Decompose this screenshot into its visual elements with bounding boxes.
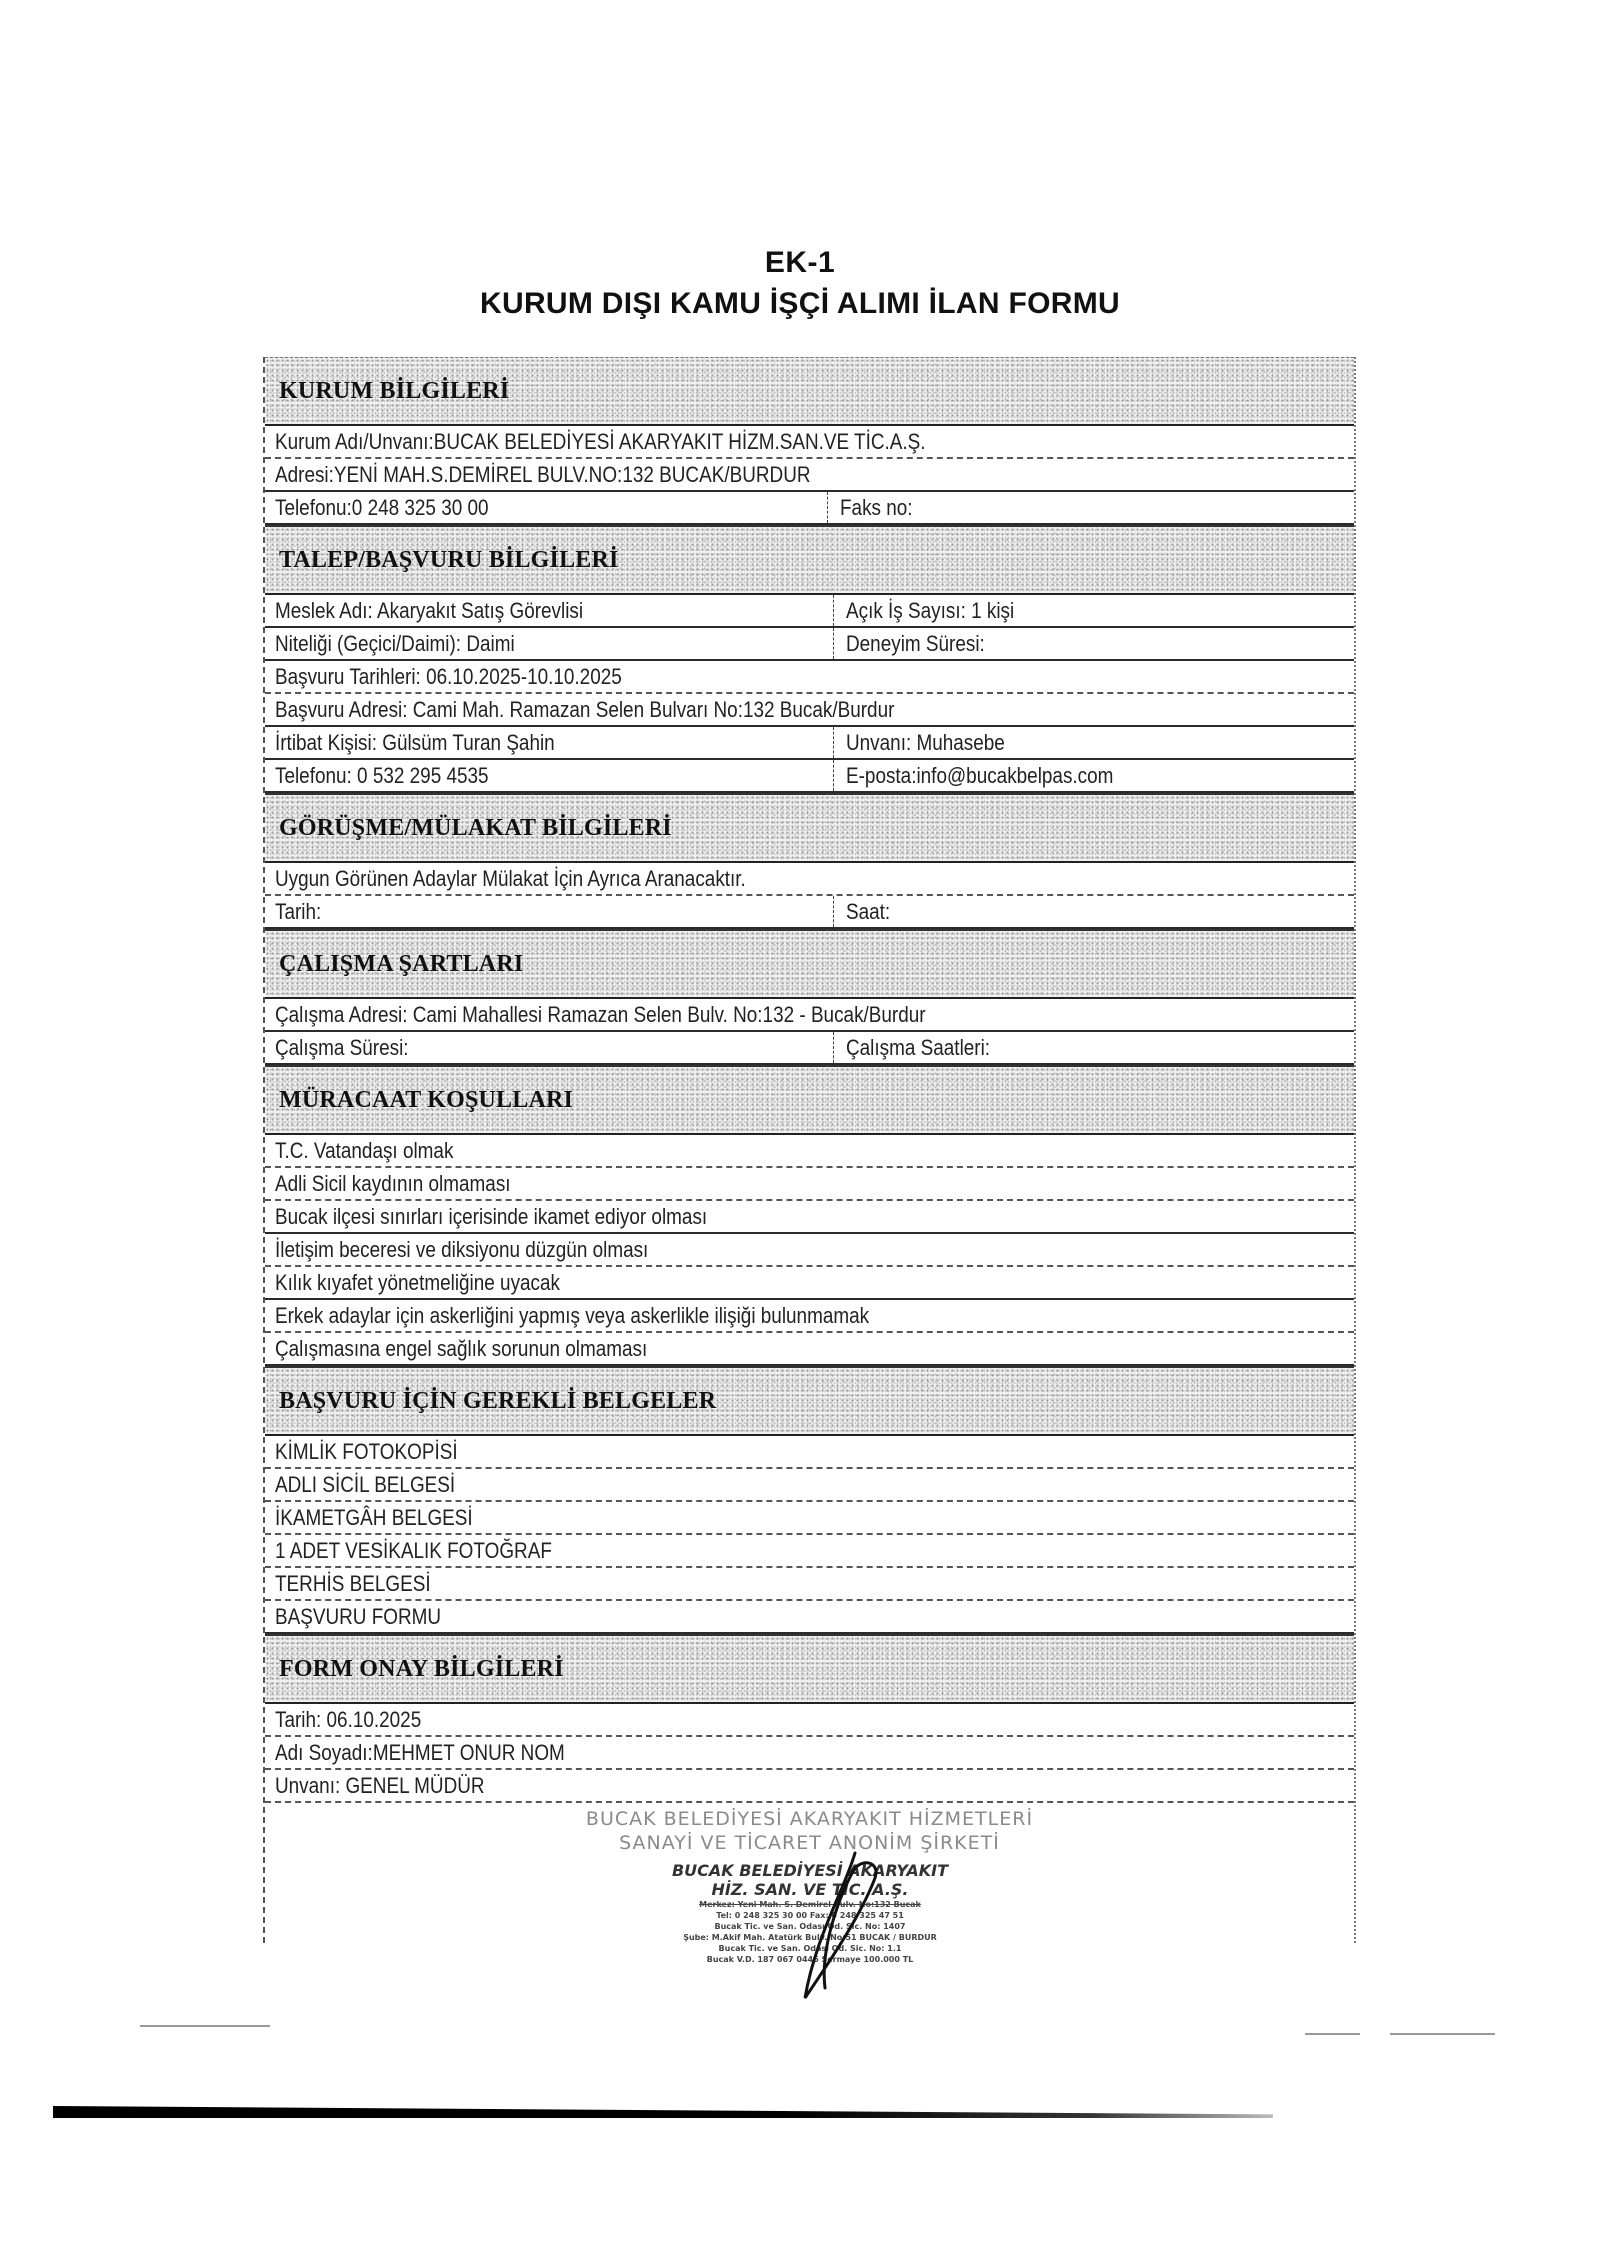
requirement-text: İletişim beceresi ve diksiyonu düzgün ol… bbox=[275, 1234, 648, 1265]
field-text: E-posta:info@bucakbelpas.com bbox=[846, 760, 1113, 791]
field-onay-adi-soyadi: Adı Soyadı:MEHMET ONUR NOM bbox=[265, 1737, 1354, 1770]
scan-artifact bbox=[1390, 2033, 1495, 2035]
section-header-gorusme: GÖRÜŞME/MÜLAKAT BİLGİLERİ bbox=[265, 793, 1354, 863]
section-title: FORM ONAY BİLGİLERİ bbox=[279, 1656, 564, 1683]
field-text: Adresi:YENİ MAH.S.DEMİREL BULV.NO:132 BU… bbox=[275, 459, 811, 490]
field-meslek-acik-is: Meslek Adı: Akaryakıt Satış Görevlisi Aç… bbox=[265, 595, 1354, 628]
section-title: GÖRÜŞME/MÜLAKAT BİLGİLERİ bbox=[279, 815, 672, 842]
field-basvuru-tarihleri: Başvuru Tarihleri: 06.10.2025-10.10.2025 bbox=[265, 661, 1354, 694]
requirement-text: Kılık kıyafet yönetmeliğine uyacak bbox=[275, 1267, 560, 1298]
field-text: Çalışma Adresi: Cami Mahallesi Ramazan S… bbox=[275, 999, 926, 1030]
field-text: Başvuru Tarihleri: 06.10.2025-10.10.2025 bbox=[275, 661, 622, 692]
field-calisma-adresi: Çalışma Adresi: Cami Mahallesi Ramazan S… bbox=[265, 999, 1354, 1032]
requirement-text: Erkek adaylar için askerliğini yapmış ve… bbox=[275, 1300, 869, 1331]
section-title: ÇALIŞMA ŞARTLARI bbox=[279, 951, 523, 978]
field-text: Kurum Adı/Unvanı:BUCAK BELEDİYESİ AKARYA… bbox=[275, 426, 926, 457]
signature-icon bbox=[785, 1848, 895, 2008]
list-item: ADLI SİCİL BELGESİ bbox=[265, 1469, 1354, 1502]
field-text: Deneyim Süresi: bbox=[846, 628, 985, 659]
list-item: İKAMETGÂH BELGESİ bbox=[265, 1502, 1354, 1535]
job-posting-form: KURUM BİLGİLERİ Kurum Adı/Unvanı:BUCAK B… bbox=[263, 357, 1356, 1943]
list-item: T.C. Vatandaşı olmak bbox=[265, 1135, 1354, 1168]
form-title-block: EK-1 KURUM DIŞI KAMU İŞÇİ ALIMI İLAN FOR… bbox=[0, 243, 1600, 325]
field-text: Meslek Adı: Akaryakıt Satış Görevlisi bbox=[275, 595, 583, 626]
field-text: Tarih: 06.10.2025 bbox=[275, 1704, 421, 1735]
field-onay-unvan: Unvanı: GENEL MÜDÜR bbox=[265, 1770, 1354, 1803]
field-text: Çalışma Süresi: bbox=[275, 1032, 409, 1063]
document-text: ADLI SİCİL BELGESİ bbox=[275, 1469, 455, 1500]
field-text: İrtibat Kişisi: Gülsüm Turan Şahin bbox=[275, 727, 555, 758]
field-calisma-sure-saat: Çalışma Süresi: Çalışma Saatleri: bbox=[265, 1032, 1354, 1065]
company-name-line1: BUCAK BELEDİYESİ AKARYAKIT HİZMETLERİ bbox=[265, 1803, 1354, 1831]
field-kurum-telefon-faks: Telefonu:0 248 325 30 00 Faks no: bbox=[265, 492, 1354, 525]
section-header-talep: TALEP/BAŞVURU BİLGİLERİ bbox=[265, 525, 1354, 595]
field-kurum-adi: Kurum Adı/Unvanı:BUCAK BELEDİYESİ AKARYA… bbox=[265, 426, 1354, 459]
field-text: Tarih: bbox=[275, 896, 321, 927]
scan-artifact bbox=[1305, 2033, 1360, 2035]
field-gorusme-tarih-saat: Tarih: Saat: bbox=[265, 896, 1354, 929]
field-nitelik-deneyim: Niteliği (Geçici/Daimi): Daimi Deneyim S… bbox=[265, 628, 1354, 661]
document-text: BAŞVURU FORMU bbox=[275, 1601, 441, 1632]
section-header-onay: FORM ONAY BİLGİLERİ bbox=[265, 1634, 1354, 1704]
section-title: KURUM BİLGİLERİ bbox=[279, 378, 509, 405]
field-text: Unvanı: GENEL MÜDÜR bbox=[275, 1770, 485, 1801]
list-item: BAŞVURU FORMU bbox=[265, 1601, 1354, 1634]
list-item: İletişim beceresi ve diksiyonu düzgün ol… bbox=[265, 1234, 1354, 1267]
section-header-muracaat: MÜRACAAT KOŞULLARI bbox=[265, 1065, 1354, 1135]
requirement-text: Adli Sicil kaydının olmaması bbox=[275, 1168, 511, 1199]
section-header-belgeler: BAŞVURU İÇİN GEREKLİ BELGELER bbox=[265, 1366, 1354, 1436]
section-header-calisma: ÇALIŞMA ŞARTLARI bbox=[265, 929, 1354, 999]
field-basvuru-adresi: Başvuru Adresi: Cami Mah. Ramazan Selen … bbox=[265, 694, 1354, 727]
field-text: Faks no: bbox=[840, 492, 913, 523]
document-text: 1 ADET VESİKALIK FOTOĞRAF bbox=[275, 1535, 552, 1566]
field-onay-tarih: Tarih: 06.10.2025 bbox=[265, 1704, 1354, 1737]
requirement-text: T.C. Vatandaşı olmak bbox=[275, 1135, 453, 1166]
field-irtibat-unvan: İrtibat Kişisi: Gülsüm Turan Şahin Unvan… bbox=[265, 727, 1354, 760]
field-text: Çalışma Saatleri: bbox=[846, 1032, 990, 1063]
list-item: KİMLİK FOTOKOPİSİ bbox=[265, 1436, 1354, 1469]
document-text: TERHİS BELGESİ bbox=[275, 1568, 431, 1599]
requirement-text: Çalışmasına engel sağlık sorunun olmamas… bbox=[275, 1333, 647, 1364]
field-text: Telefonu:0 248 325 30 00 bbox=[275, 492, 489, 523]
field-text: Açık İş Sayısı: 1 kişi bbox=[846, 595, 1014, 626]
section-title: TALEP/BAŞVURU BİLGİLERİ bbox=[279, 547, 619, 574]
section-title: MÜRACAAT KOŞULLARI bbox=[279, 1087, 573, 1114]
field-text: Adı Soyadı:MEHMET ONUR NOM bbox=[275, 1737, 565, 1768]
scan-artifact bbox=[140, 2025, 270, 2027]
list-item: Erkek adaylar için askerliğini yapmış ve… bbox=[265, 1300, 1354, 1333]
list-item: Bucak ilçesi sınırları içerisinde ikamet… bbox=[265, 1201, 1354, 1234]
list-item: TERHİS BELGESİ bbox=[265, 1568, 1354, 1601]
scan-edge-bar bbox=[53, 2106, 1273, 2118]
document-text: İKAMETGÂH BELGESİ bbox=[275, 1502, 473, 1533]
field-telefon-eposta: Telefonu: 0 532 295 4535 E-posta:info@bu… bbox=[265, 760, 1354, 793]
company-stamp-area: BUCAK BELEDİYESİ AKARYAKIT HİZMETLERİ SA… bbox=[265, 1803, 1354, 1943]
document-text: KİMLİK FOTOKOPİSİ bbox=[275, 1436, 458, 1467]
list-item: Kılık kıyafet yönetmeliğine uyacak bbox=[265, 1267, 1354, 1300]
list-item: Adli Sicil kaydının olmaması bbox=[265, 1168, 1354, 1201]
form-title: KURUM DIŞI KAMU İŞÇİ ALIMI İLAN FORMU bbox=[0, 283, 1600, 325]
list-item: Çalışmasına engel sağlık sorunun olmamas… bbox=[265, 1333, 1354, 1366]
field-text: Niteliği (Geçici/Daimi): Daimi bbox=[275, 628, 515, 659]
section-header-kurum: KURUM BİLGİLERİ bbox=[265, 357, 1354, 426]
field-gorusme-note: Uygun Görünen Adaylar Mülakat İçin Ayrıc… bbox=[265, 863, 1354, 896]
annex-label: EK-1 bbox=[0, 243, 1600, 283]
list-item: 1 ADET VESİKALIK FOTOĞRAF bbox=[265, 1535, 1354, 1568]
field-text: Uygun Görünen Adaylar Mülakat İçin Ayrıc… bbox=[275, 863, 746, 894]
field-text: Unvanı: Muhasebe bbox=[846, 727, 1005, 758]
section-title: BAŞVURU İÇİN GEREKLİ BELGELER bbox=[279, 1388, 716, 1415]
requirement-text: Bucak ilçesi sınırları içerisinde ikamet… bbox=[275, 1201, 707, 1232]
field-text: Telefonu: 0 532 295 4535 bbox=[275, 760, 489, 791]
field-text: Saat: bbox=[846, 896, 890, 927]
field-text: Başvuru Adresi: Cami Mah. Ramazan Selen … bbox=[275, 694, 894, 725]
field-kurum-adres: Adresi:YENİ MAH.S.DEMİREL BULV.NO:132 BU… bbox=[265, 459, 1354, 492]
